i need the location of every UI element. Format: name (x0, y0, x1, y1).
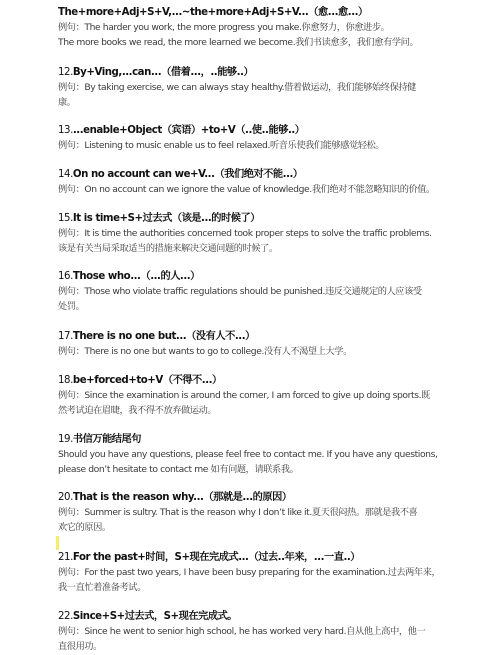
example-line: 该是有关当局采取适当的措施来解决交通问题的时候了。 (58, 241, 458, 256)
entry-title: The+more+Adj+S+V,...~the+more+Adj+S+V...… (58, 6, 458, 20)
entry-11: The+more+Adj+S+V,...~the+more+Adj+S+V...… (58, 6, 458, 50)
highlight-marker (56, 536, 59, 550)
example-line: 例句：There is no one but wants to go to co… (58, 344, 458, 359)
example-line: 例句：Those who violate traffic regulations… (58, 284, 458, 299)
example-line: 例句：Since the examination is around the c… (58, 388, 458, 403)
example-line: 例句：It is time the authorities concerned … (58, 226, 458, 241)
entry-title: 15.It is time+S+过去式（该是...的时候了） (58, 212, 458, 226)
entry-18: 18.be+forced+to+V（不得不...） 例句：Since the e… (58, 374, 458, 418)
entry-16: 16.Those who...（...的人...） 例句：Those who v… (58, 270, 458, 314)
example-line: 例句：The harder you work, the more progres… (58, 20, 458, 35)
entry-title: 18.be+forced+to+V（不得不...） (58, 374, 458, 388)
example-line: 处罚。 (58, 299, 458, 314)
entry-13: 13....enable+Object（宾语）+to+V（..使..能够..） … (58, 124, 458, 153)
entry-19: 19.书信万能结尾句 Should you have any questions… (58, 433, 458, 477)
entry-title: 14.On no account can we+V...（我们绝对不能...） (58, 168, 458, 182)
example-line: please don’t hesitate to contact me 如有问题… (58, 462, 458, 477)
entry-title: 22.Since+S+过去式，S+现在完成式。 (58, 610, 458, 624)
example-line: 例句：By taking exercise, we can always sta… (58, 80, 458, 95)
example-line: 欢它的原因。 (58, 520, 458, 535)
entry-22: 22.Since+S+过去式，S+现在完成式。 例句：Since he went… (58, 610, 458, 654)
entry-title: 19.书信万能结尾句 (58, 433, 458, 447)
example-line: 例句：Since he went to senior high school, … (58, 624, 458, 639)
example-line: 我一直忙着准备考试。 (58, 580, 458, 595)
entry-title: 21.For the past+时间，S+现在完成式...（过去..年来，...… (58, 551, 458, 565)
example-line: 康。 (58, 95, 458, 110)
example-line: 例句：For the past two years, I have been b… (58, 565, 458, 580)
entry-12: 12.By+Ving,...can...（借着...，..能够..） 例句：By… (58, 66, 458, 110)
example-line: 然考试迫在眉睫，我不得不放弃做运动。 (58, 403, 458, 418)
example-line: 直很用功。 (58, 639, 458, 654)
entry-21: 21.For the past+时间，S+现在完成式...（过去..年来，...… (58, 551, 458, 595)
example-line: 例句：On no account can we ignore the value… (58, 182, 458, 197)
entry-title: 17.There is no one but...（没有人不...） (58, 330, 458, 344)
entry-20: 20.That is the reason why...（那就是...的原因） … (58, 491, 458, 535)
entry-title: 12.By+Ving,...can...（借着...，..能够..） (58, 66, 458, 80)
entry-title: 13....enable+Object（宾语）+to+V（..使..能够..） (58, 124, 458, 138)
entry-17: 17.There is no one but...（没有人不...） 例句：Th… (58, 330, 458, 359)
entry-title: 16.Those who...（...的人...） (58, 270, 458, 284)
entry-title: 20.That is the reason why...（那就是...的原因） (58, 491, 458, 505)
example-line: 例句：Summer is sultry. That is the reason … (58, 505, 458, 520)
entry-15: 15.It is time+S+过去式（该是...的时候了） 例句：It is … (58, 212, 458, 256)
entry-14: 14.On no account can we+V...（我们绝对不能...） … (58, 168, 458, 197)
example-line: Should you have any questions, please fe… (58, 447, 458, 462)
example-line: 例句：Listening to music enable us to feel … (58, 138, 458, 153)
example-line: The more books we read, the more learned… (58, 35, 458, 50)
